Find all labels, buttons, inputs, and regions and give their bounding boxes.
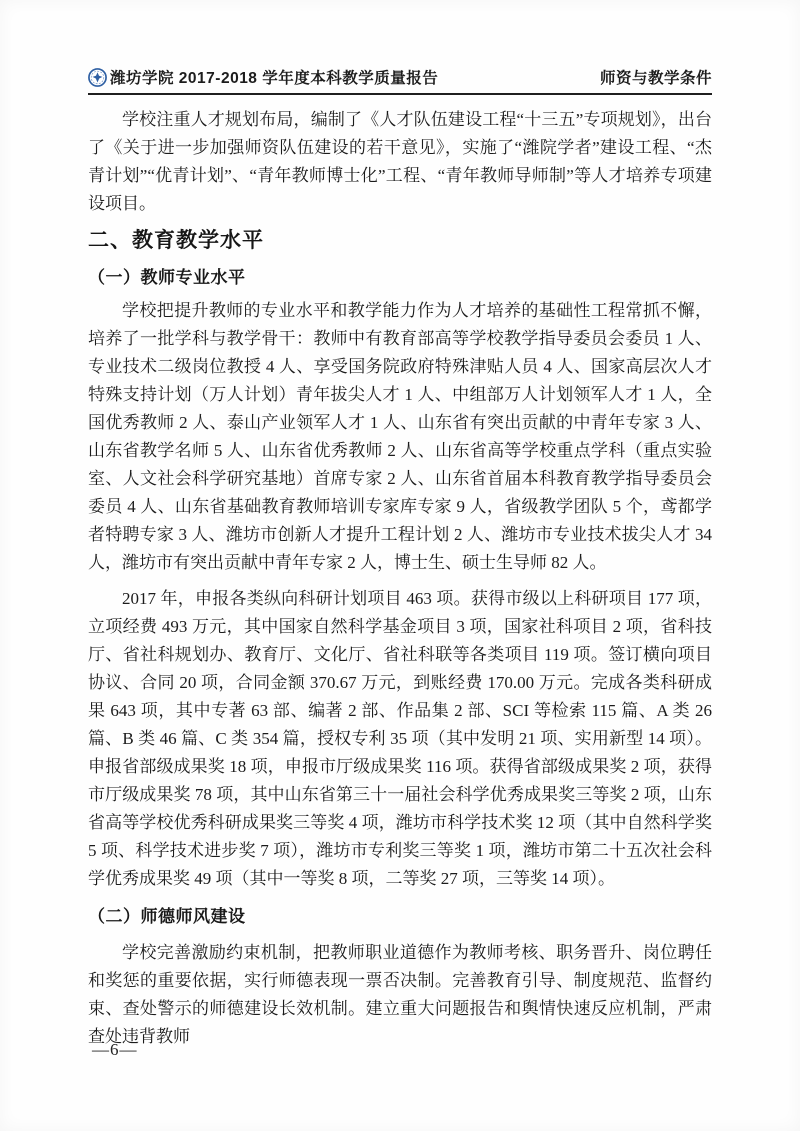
page-number: —6—	[92, 1040, 138, 1059]
page-footer: —6—	[92, 1040, 138, 1060]
page-header: 潍坊学院 2017-2018 学年度本科教学质量报告 师资与教学条件	[88, 54, 712, 95]
paragraph-research-2017: 2017 年，申报各类纵向科研计划项目 463 项。获得市级以上科研项目 177…	[88, 585, 712, 893]
paragraph-ethics: 学校完善激励约束机制，把教师职业道德作为教师考核、职务晋升、岗位聘任和奖惩的重要…	[88, 939, 712, 1051]
paragraph-teacher-level: 学校把提升教师的专业水平和教学能力作为人才培养的基础性工程常抓不懈，培养了一批学…	[88, 297, 712, 577]
subsection-heading-ethics: （二）师德师风建设	[88, 906, 712, 927]
section-heading-education-level: 二、教育教学水平	[88, 228, 712, 254]
subsection-heading-teacher-level: （一）教师专业水平	[88, 267, 712, 288]
page-body: 学校注重人才规划布局，编制了《人才队伍建设工程“十三五”专项规划》，出台了《关于…	[88, 106, 712, 1051]
document-page: 潍坊学院 2017-2018 学年度本科教学质量报告 师资与教学条件 学校注重人…	[0, 0, 800, 1131]
chapter-label: 师资与教学条件	[600, 66, 712, 88]
report-title: 潍坊学院 2017-2018 学年度本科教学质量报告	[110, 66, 438, 88]
university-emblem-icon	[88, 68, 107, 87]
paragraph-talent-planning: 学校注重人才规划布局，编制了《人才队伍建设工程“十三五”专项规划》，出台了《关于…	[88, 106, 712, 218]
header-left-group: 潍坊学院 2017-2018 学年度本科教学质量报告	[88, 66, 438, 88]
